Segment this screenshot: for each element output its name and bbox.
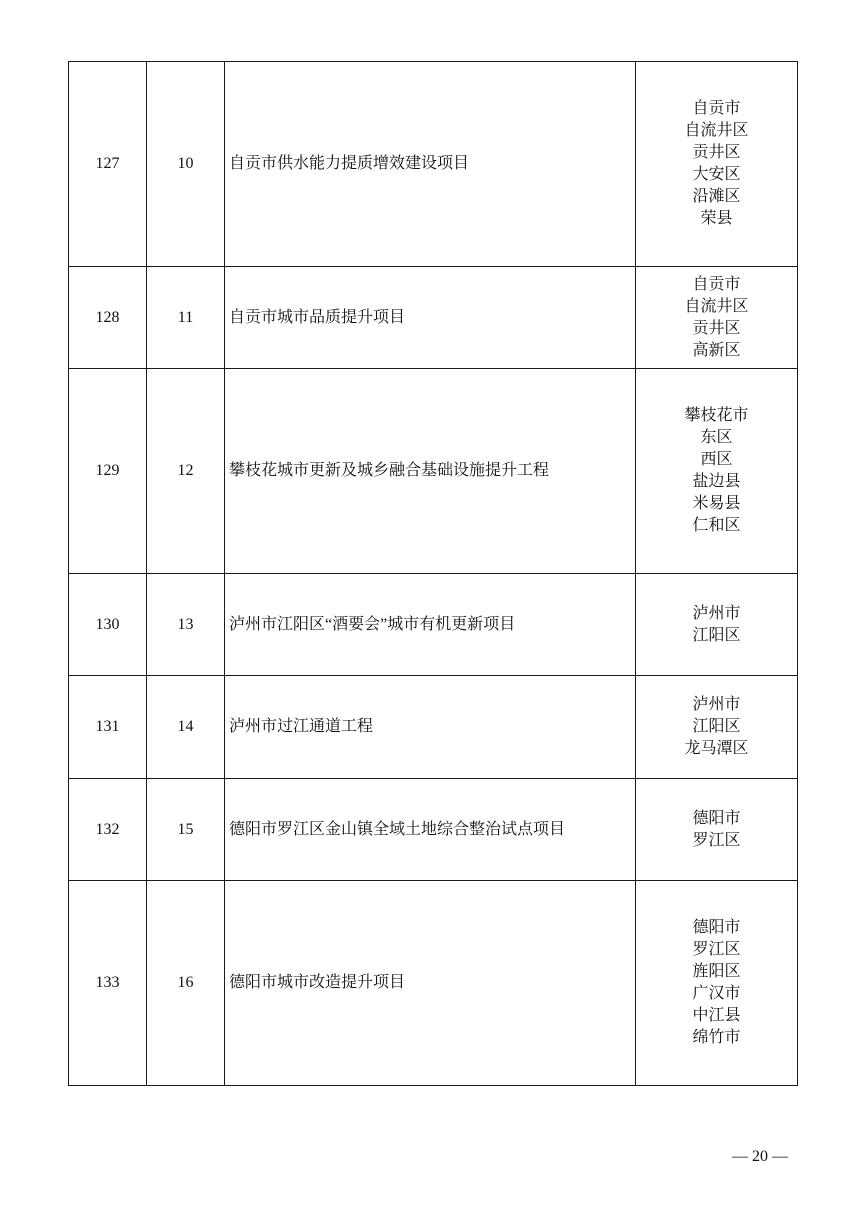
area-name: 中江县 (636, 1005, 797, 1027)
project-name: 泸州市过江通道工程 (225, 676, 636, 779)
table-row: 130 13 泸州市江阳区“酒要会”城市有机更新项目 泸州市 江阳区 (69, 574, 798, 676)
area-name: 攀枝花市 (636, 405, 797, 427)
area-name: 德阳市 (636, 808, 797, 830)
area-name: 旌阳区 (636, 961, 797, 983)
area-name: 泸州市 (636, 603, 797, 625)
project-areas: 泸州市 江阳区 龙马潭区 (636, 676, 798, 779)
area-name: 江阳区 (636, 625, 797, 647)
area-name: 大安区 (636, 164, 797, 186)
area-name: 西区 (636, 449, 797, 471)
row-sub-number: 10 (147, 62, 225, 267)
row-sequence-number: 131 (69, 676, 147, 779)
area-name: 贡井区 (636, 318, 797, 340)
area-name: 绵竹市 (636, 1027, 797, 1049)
row-sequence-number: 130 (69, 574, 147, 676)
table-row: 128 11 自贡市城市品质提升项目 自贡市 自流井区 贡井区 高新区 (69, 267, 798, 369)
area-name: 沿滩区 (636, 186, 797, 208)
area-name: 江阳区 (636, 716, 797, 738)
project-areas: 泸州市 江阳区 (636, 574, 798, 676)
area-name: 自流井区 (636, 296, 797, 318)
table-row: 132 15 德阳市罗江区金山镇全域土地综合整治试点项目 德阳市 罗江区 (69, 779, 798, 881)
row-sub-number: 11 (147, 267, 225, 369)
area-name: 自流井区 (636, 120, 797, 142)
row-sequence-number: 129 (69, 369, 147, 574)
row-sequence-number: 132 (69, 779, 147, 881)
table-row: 133 16 德阳市城市改造提升项目 德阳市 罗江区 旌阳区 广汉市 中江县 绵… (69, 881, 798, 1086)
area-name: 自贡市 (636, 98, 797, 120)
project-name: 攀枝花城市更新及城乡融合基础设施提升工程 (225, 369, 636, 574)
row-sub-number: 16 (147, 881, 225, 1086)
row-sequence-number: 128 (69, 267, 147, 369)
project-areas: 自贡市 自流井区 贡井区 大安区 沿滩区 荣县 (636, 62, 798, 267)
row-sub-number: 14 (147, 676, 225, 779)
area-name: 自贡市 (636, 274, 797, 296)
area-name: 泸州市 (636, 694, 797, 716)
project-name: 德阳市罗江区金山镇全域土地综合整治试点项目 (225, 779, 636, 881)
area-name: 米易县 (636, 493, 797, 515)
project-areas: 德阳市 罗江区 (636, 779, 798, 881)
project-name: 自贡市城市品质提升项目 (225, 267, 636, 369)
area-name: 罗江区 (636, 939, 797, 961)
project-name: 德阳市城市改造提升项目 (225, 881, 636, 1086)
row-sub-number: 13 (147, 574, 225, 676)
table-row: 127 10 自贡市供水能力提质增效建设项目 自贡市 自流井区 贡井区 大安区 … (69, 62, 798, 267)
row-sub-number: 12 (147, 369, 225, 574)
row-sub-number: 15 (147, 779, 225, 881)
area-name: 德阳市 (636, 917, 797, 939)
area-name: 东区 (636, 427, 797, 449)
table-row: 131 14 泸州市过江通道工程 泸州市 江阳区 龙马潭区 (69, 676, 798, 779)
project-name: 泸州市江阳区“酒要会”城市有机更新项目 (225, 574, 636, 676)
row-sequence-number: 133 (69, 881, 147, 1086)
row-sequence-number: 127 (69, 62, 147, 267)
project-areas: 自贡市 自流井区 贡井区 高新区 (636, 267, 798, 369)
project-table-body: 127 10 自贡市供水能力提质增效建设项目 自贡市 自流井区 贡井区 大安区 … (69, 62, 798, 1086)
area-name: 龙马潭区 (636, 738, 797, 760)
project-table: 127 10 自贡市供水能力提质增效建设项目 自贡市 自流井区 贡井区 大安区 … (68, 61, 798, 1086)
project-name: 自贡市供水能力提质增效建设项目 (225, 62, 636, 267)
area-name: 贡井区 (636, 142, 797, 164)
area-name: 广汉市 (636, 983, 797, 1005)
project-areas: 德阳市 罗江区 旌阳区 广汉市 中江县 绵竹市 (636, 881, 798, 1086)
area-name: 罗江区 (636, 830, 797, 852)
area-name: 高新区 (636, 340, 797, 362)
area-name: 盐边县 (636, 471, 797, 493)
page-number: — 20 — (700, 1148, 820, 1166)
table-row: 129 12 攀枝花城市更新及城乡融合基础设施提升工程 攀枝花市 东区 西区 盐… (69, 369, 798, 574)
area-name: 荣县 (636, 208, 797, 230)
project-areas: 攀枝花市 东区 西区 盐边县 米易县 仁和区 (636, 369, 798, 574)
area-name: 仁和区 (636, 515, 797, 537)
